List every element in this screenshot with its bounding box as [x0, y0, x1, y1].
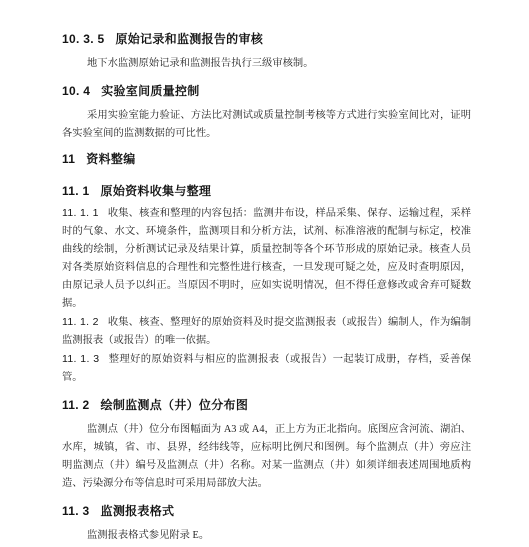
section-heading-11-3: 11. 3监测报表格式	[62, 503, 471, 519]
clause-11-1-2: 11. 1. 2收集、核查、整理好的原始资料及时提交监测报表（或报告）编制人，作…	[62, 313, 471, 350]
clause-text: 收集、核查、整理好的原始资料及时提交监测报表（或报告）编制人，作为编制监测报表（…	[62, 317, 471, 346]
chapter-title: 资料整编	[86, 152, 135, 166]
paragraph-11-2: 监测点（井）位分布图幅面为 A3 或 A4，正上方为正北指向。底图应含河流、湖泊…	[62, 421, 471, 493]
paragraph-10-4: 采用实验室能力验证、方法比对测试或质量控制考核等方式进行实验室间比对，证明各实验…	[62, 107, 471, 143]
section-number: 11. 1	[62, 184, 90, 198]
section-title: 绘制监测点（井）位分布图	[101, 398, 249, 412]
clause-11-1-3: 11. 1. 3整理好的原始资料与相应的监测报表（或报告）一起装订成册，存档，妥…	[62, 350, 471, 387]
paragraph-10-3-5: 地下水监测原始记录和监测报告执行三级审核制。	[62, 55, 471, 73]
chapter-heading-11: 11资料整编	[62, 151, 471, 167]
section-number: 10. 4	[62, 84, 90, 98]
section-number: 11. 3	[62, 504, 90, 518]
section-heading-11-1: 11. 1原始资料收集与整理	[62, 183, 471, 199]
section-heading-10-3-5: 10. 3. 5原始记录和监测报告的审核	[62, 31, 471, 47]
document-page: 10. 3. 5原始记录和监测报告的审核 地下水监测原始记录和监测报告执行三级审…	[0, 0, 529, 547]
clause-text: 整理好的原始资料与相应的监测报表（或报告）一起装订成册，存档，妥善保管。	[62, 354, 471, 383]
clause-text: 收集、核查和整理的内容包括：监测井布设，样品采集、保存、运输过程，采样时的气象、…	[62, 208, 471, 309]
clause-11-1-1: 11. 1. 1收集、核查和整理的内容包括：监测井布设，样品采集、保存、运输过程…	[62, 204, 471, 313]
paragraph-11-3: 监测报表格式参见附录 E。	[62, 527, 471, 545]
section-heading-11-2: 11. 2绘制监测点（井）位分布图	[62, 397, 471, 413]
section-title: 原始记录和监测报告的审核	[115, 32, 263, 46]
section-number: 11. 2	[62, 398, 90, 412]
chapter-number: 11	[62, 152, 75, 166]
section-heading-10-4: 10. 4实验室间质量控制	[62, 83, 471, 99]
section-title: 监测报表格式	[101, 504, 175, 518]
section-title: 实验室间质量控制	[101, 84, 199, 98]
section-title: 原始资料收集与整理	[101, 184, 212, 198]
clause-number: 11. 1. 1	[62, 207, 99, 219]
section-number: 10. 3. 5	[62, 32, 104, 46]
clause-number: 11. 1. 2	[62, 316, 99, 328]
clause-number: 11. 1. 3	[62, 353, 99, 365]
